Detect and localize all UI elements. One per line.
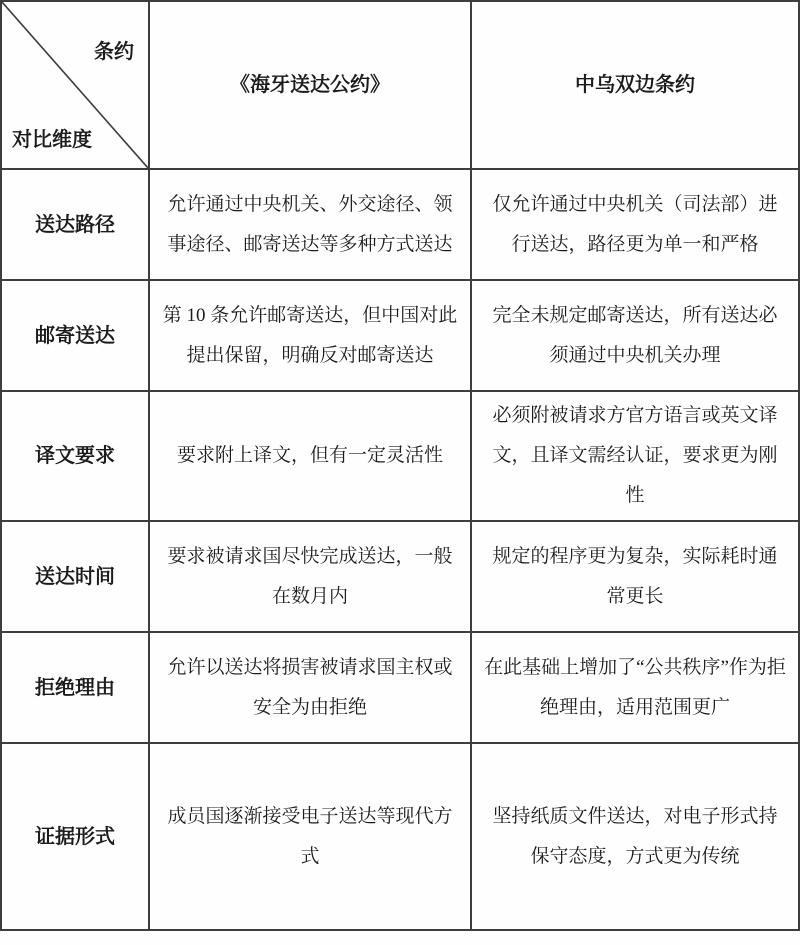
table-row-service-time: 送达时间 要求被请求国尽快完成送达，一般在数月内 规定的程序更为复杂，实际耗时通…	[1, 521, 799, 632]
hague-cell: 要求被请求国尽快完成送达，一般在数月内	[149, 521, 471, 632]
hague-cell: 允许通过中央机关、外交途径、领事途径、邮寄送达等多种方式送达	[149, 169, 471, 280]
bilateral-cell: 坚持纸质文件送达，对电子形式持保守态度，方式更为传统	[471, 743, 799, 930]
bilateral-cell: 完全未规定邮寄送达，所有送达必须通过中央机关办理	[471, 280, 799, 391]
bilateral-cell: 规定的程序更为复杂，实际耗时通常更长	[471, 521, 799, 632]
bilateral-cell: 必须附被请求方官方语言或英文译文，且译文需经认证，要求更为刚性	[471, 391, 799, 521]
bilateral-cell: 仅允许通过中央机关（司法部）进行送达，路径更为单一和严格	[471, 169, 799, 280]
dimension-label: 送达时间	[1, 521, 149, 632]
dimension-label: 译文要求	[1, 391, 149, 521]
table-row-service-route: 送达路径 允许通过中央机关、外交途径、领事途径、邮寄送达等多种方式送达 仅允许通…	[1, 169, 799, 280]
table-row-translation-requirement: 译文要求 要求附上译文，但有一定灵活性 必须附被请求方官方语言或英文译文，且译文…	[1, 391, 799, 521]
dimension-label: 证据形式	[1, 743, 149, 930]
table-row-postal-service: 邮寄送达 第 10 条允许邮寄送达，但中国对此提出保留，明确反对邮寄送达 完全未…	[1, 280, 799, 391]
bilateral-cell: 在此基础上增加了“公共秩序”作为拒绝理由，适用范围更广	[471, 632, 799, 743]
corner-header-cell: 条约 对比维度	[1, 1, 149, 169]
table-row-refusal-grounds: 拒绝理由 允许以送达将损害被请求国主权或安全为由拒绝 在此基础上增加了“公共秩序…	[1, 632, 799, 743]
dimension-label: 拒绝理由	[1, 632, 149, 743]
column-header-hague: 《海牙送达公约》	[149, 1, 471, 169]
corner-label-treaty: 条约	[94, 40, 134, 64]
table-header-row: 条约 对比维度 《海牙送达公约》 中乌双边条约	[1, 1, 799, 169]
treaty-comparison-table: 条约 对比维度 《海牙送达公约》 中乌双边条约 送达路径 允许通过中央机关、外交…	[0, 0, 800, 931]
column-header-bilateral: 中乌双边条约	[471, 1, 799, 169]
hague-cell: 成员国逐渐接受电子送达等现代方式	[149, 743, 471, 930]
table-row-evidence-form: 证据形式 成员国逐渐接受电子送达等现代方式 坚持纸质文件送达，对电子形式持保守态…	[1, 743, 799, 930]
hague-cell: 允许以送达将损害被请求国主权或安全为由拒绝	[149, 632, 471, 743]
document-page: 条约 对比维度 《海牙送达公约》 中乌双边条约 送达路径 允许通过中央机关、外交…	[0, 0, 800, 945]
hague-cell: 第 10 条允许邮寄送达，但中国对此提出保留，明确反对邮寄送达	[149, 280, 471, 391]
dimension-label: 送达路径	[1, 169, 149, 280]
dimension-label: 邮寄送达	[1, 280, 149, 391]
corner-label-dimension: 对比维度	[12, 128, 92, 152]
hague-cell: 要求附上译文，但有一定灵活性	[149, 391, 471, 521]
